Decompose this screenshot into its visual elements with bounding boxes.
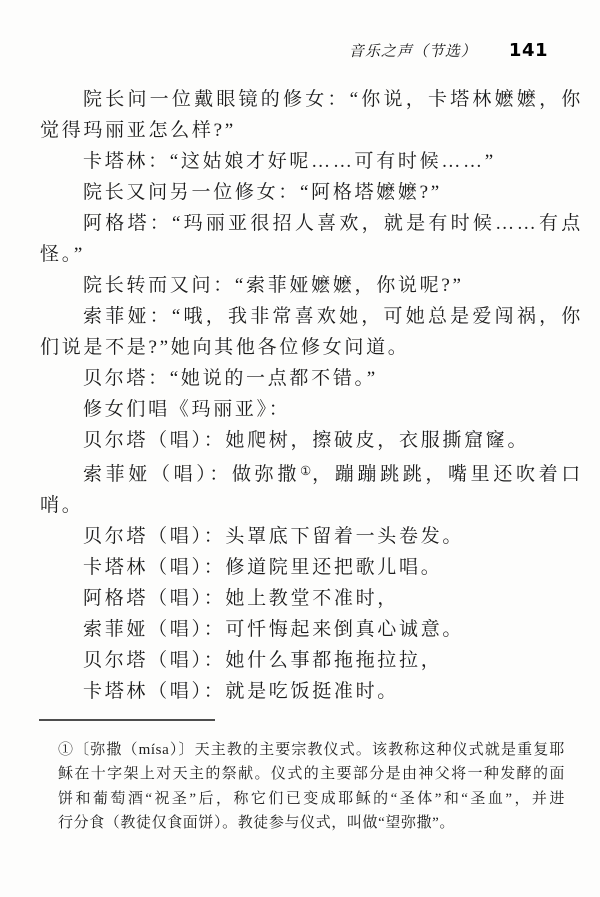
text-line-segment: ，蹦蹦跳跳，嘴里还吹着口: [312, 464, 583, 485]
footnote-line: 饼和葡萄酒“祝圣”后，称它们已变成耶稣的“圣体”和“圣血”，并进: [58, 787, 565, 811]
text-line: 索菲娅（唱）：做弥撒①，蹦蹦跳跳，嘴里还吹着口: [40, 456, 583, 490]
text-line: 卡塔林：“这姑娘才好呢……可有时候……”: [40, 146, 583, 177]
text-line: 院长问一位戴眼镜的修女：“你说，卡塔林嬷嬷，你: [40, 84, 583, 115]
text-line: 觉得玛丽亚怎么样?”: [40, 115, 583, 146]
text-line: 索菲娅：“哦，我非常喜欢她，可她总是爱闯祸，你: [40, 301, 583, 332]
text-line: 卡塔林（唱）：就是吃饭挺准时。: [40, 676, 583, 707]
footnote: ①〔弥撒（mísa）〕天主教的主要宗教仪式。该教称这种仪式就是重复耶 稣在十字架…: [58, 738, 565, 836]
text-line: 贝尔塔（唱）：她什么事都拖拖拉拉，: [40, 645, 583, 676]
text-line-segment: 索菲娅（唱）：做弥撒: [83, 464, 300, 485]
page-header: 音乐之声（节选） 141: [0, 40, 548, 61]
footnote-line: 稣在十字架上对天主的祭献。仪式的主要部分是由神父将一种发酵的面: [58, 762, 565, 786]
book-page: 音乐之声（节选） 141 院长问一位戴眼镜的修女：“你说，卡塔林嬷嬷，你 觉得玛…: [0, 0, 600, 897]
body-text: 院长问一位戴眼镜的修女：“你说，卡塔林嬷嬷，你 觉得玛丽亚怎么样?” 卡塔林：“…: [40, 84, 583, 707]
text-line: 贝尔塔（唱）：头罩底下留着一头卷发。: [40, 521, 583, 552]
text-line: 院长又问另一位修女：“阿格塔嬷嬷?”: [40, 177, 583, 208]
text-line: 卡塔林（唱）：修道院里还把歌儿唱。: [40, 552, 583, 583]
text-line: 贝尔塔：“她说的一点都不错。”: [40, 363, 583, 394]
page-number: 141: [509, 40, 548, 61]
text-line: 怪。”: [40, 239, 583, 270]
text-line: 贝尔塔（唱）：她爬树，擦破皮，衣服撕窟窿。: [40, 425, 583, 456]
text-line: 哨。: [40, 490, 583, 521]
footnote-divider: [39, 719, 215, 721]
footnote-line: 行分食（教徒仅食面饼）。教徒参与仪式，叫做“望弥撒”。: [58, 811, 565, 835]
footnote-ref-mark: ①: [300, 464, 312, 478]
text-line: 修女们唱《玛丽亚》：: [40, 394, 583, 425]
text-line: 们说是不是?”她向其他各位修女问道。: [40, 332, 583, 363]
text-line: 索菲娅（唱）：可忏悔起来倒真心诚意。: [40, 614, 583, 645]
text-line: 阿格塔：“玛丽亚很招人喜欢，就是有时候……有点: [40, 208, 583, 239]
text-line: 阿格塔（唱）：她上教堂不准时，: [40, 583, 583, 614]
footnote-line: ①〔弥撒（mísa）〕天主教的主要宗教仪式。该教称这种仪式就是重复耶: [58, 738, 565, 762]
text-line: 院长转而又问：“索菲娅嬷嬷，你说呢?”: [40, 270, 583, 301]
running-title: 音乐之声（节选）: [349, 40, 477, 61]
